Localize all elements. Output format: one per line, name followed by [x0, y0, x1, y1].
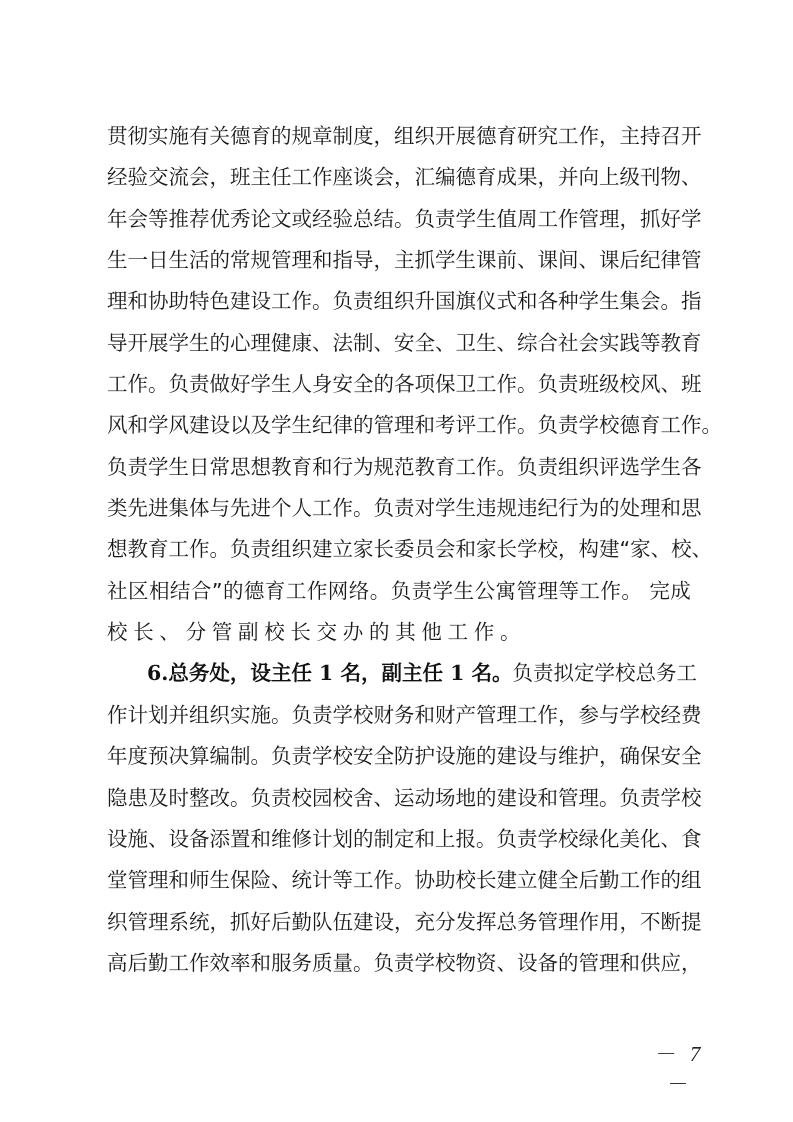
text-line: 理和协助特色建设工作。负责组织升国旗仪式和各种学生集会。指 [107, 281, 691, 322]
document-body: 贯彻实施有关德育的规章制度，组织开展德育研究工作，主持召开 经验交流会，班主任工… [107, 116, 691, 984]
text-line: 类先进集体与先进个人工作。负责对学生违规违纪行为的处理和思 [107, 488, 691, 529]
text-line: 隐患及时整改。负责校园校舍、运动场地的建设和管理。负责学校 [107, 778, 691, 819]
text-line-first: 6.总务处，设主任 1 名，副主任 1 名。负责拟定学校总务工 [107, 653, 691, 694]
text-line: 贯彻实施有关德育的规章制度，组织开展德育研究工作，主持召开 [107, 116, 691, 157]
text-line: 工作。负责做好学生人身安全的各项保卫工作。负责班级校风、班 [107, 364, 691, 405]
text-line: 作计划并组织实施。负责学校财务和财产管理工作，参与学校经费 [107, 695, 691, 736]
paragraph-general-affairs-office: 6.总务处，设主任 1 名，副主任 1 名。负责拟定学校总务工 作计划并组织实施… [107, 653, 691, 984]
document-page: 贯彻实施有关德育的规章制度，组织开展德育研究工作，主持召开 经验交流会，班主任工… [0, 0, 793, 1122]
text-line: 织管理系统，抓好后勤队伍建设，充分发挥总务管理作用，不断提 [107, 902, 691, 943]
text-line: 堂管理和师生保险、统计等工作。协助校长建立健全后勤工作的组 [107, 860, 691, 901]
page-number-dash-right: － [668, 1072, 693, 1096]
text-line: 校长、分管副校长交办的其他工作。 [107, 612, 691, 653]
section-heading: 6.总务处，设主任 1 名，副主任 1 名。 [147, 661, 512, 685]
text-line: 设施、设备添置和维修计划的制定和上报。负责学校绿化美化、食 [107, 819, 691, 860]
text-line: 风和学风建设以及学生纪律的管理和考评工作。负责学校德育工作。 [107, 405, 691, 446]
page-number-dash-left: － [656, 1042, 681, 1066]
text-line: 经验交流会，班主任工作座谈会，汇编德育成果，并向上级刊物、 [107, 157, 691, 198]
text-line: 导开展学生的心理健康、法制、安全、卫生、综合社会实践等教育 [107, 323, 691, 364]
text-line: 高后勤工作效率和服务质量。负责学校物资、设备的管理和供应， [107, 943, 691, 984]
text-line: 年度预决算编制。负责学校安全防护设施的建设与维护，确保安全 [107, 736, 691, 777]
text-line: 年会等推荐优秀论文或经验总结。负责学生值周工作管理，抓好学 [107, 199, 691, 240]
page-number: － 7 － [640, 1038, 720, 1098]
text-line: 社区相结合”的德育工作网络。负责学生公寓管理等工作。 完成 [107, 571, 691, 612]
text-run: 负责拟定学校总务工 [512, 661, 697, 685]
paragraph-deyu-duties: 贯彻实施有关德育的规章制度，组织开展德育研究工作，主持召开 经验交流会，班主任工… [107, 116, 691, 653]
text-line: 生一日生活的常规管理和指导，主抓学生课前、课间、课后纪律管 [107, 240, 691, 281]
text-line: 负责学生日常思想教育和行为规范教育工作。负责组织评选学生各 [107, 447, 691, 488]
page-number-value: 7 [690, 1042, 705, 1066]
text-line: 想教育工作。负责组织建立家长委员会和家长学校，构建“家、校、 [107, 529, 691, 570]
